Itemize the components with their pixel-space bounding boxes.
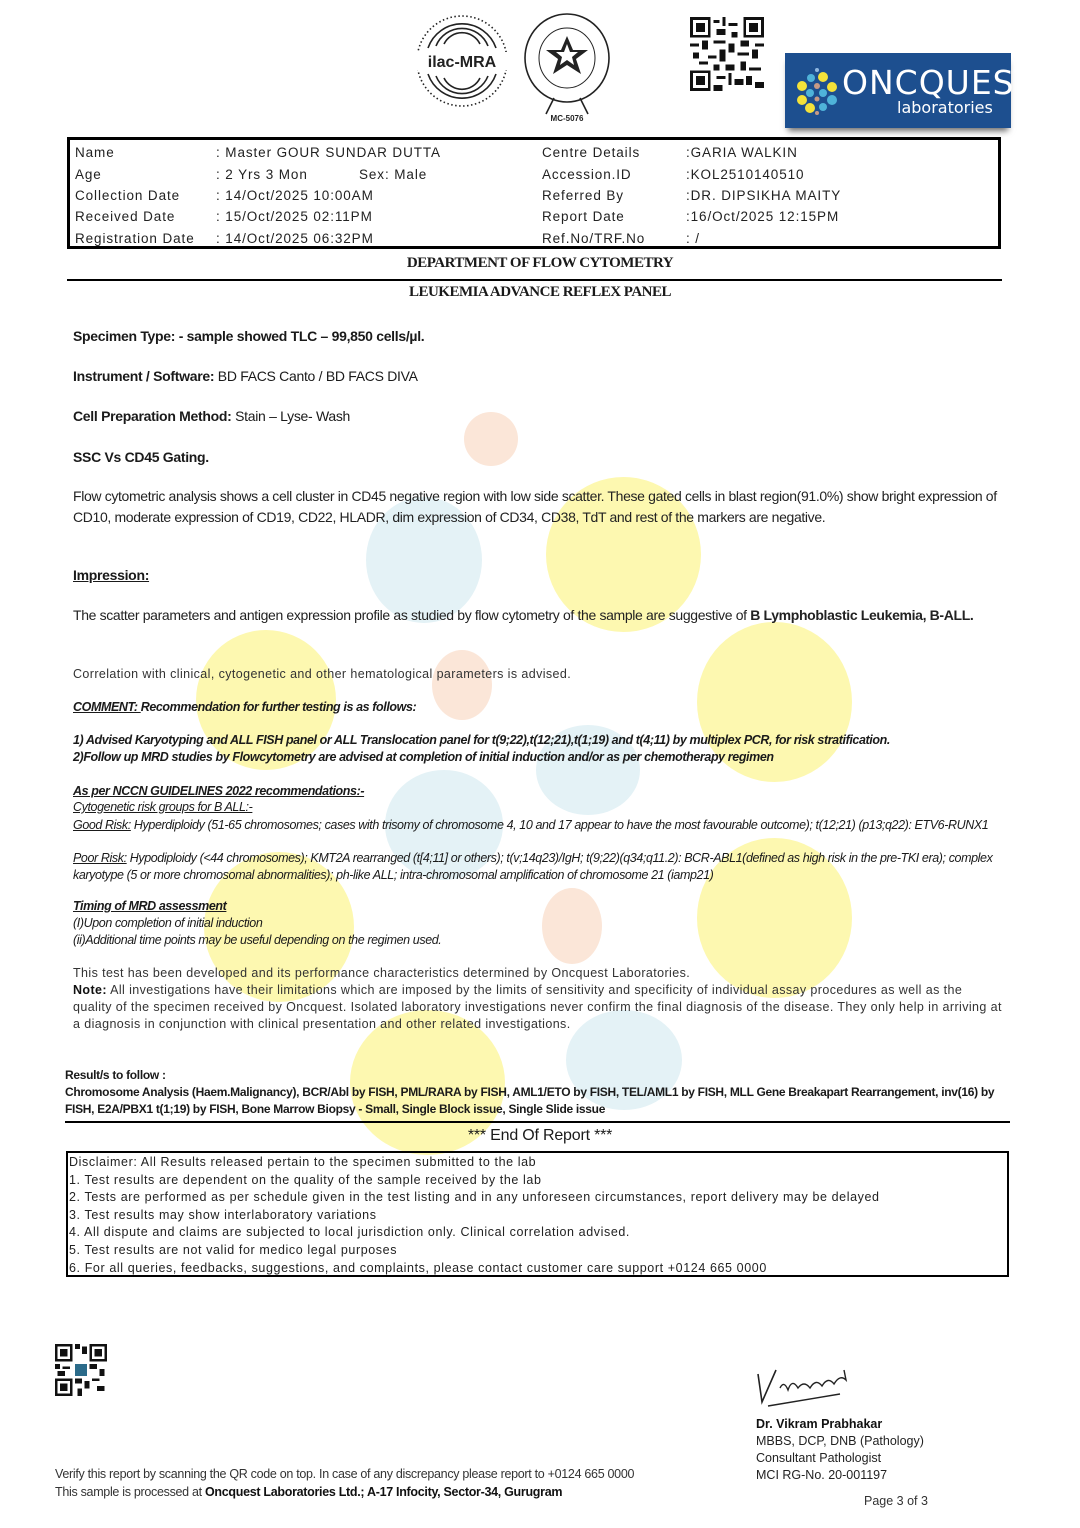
- analysis-text: Flow cytometric analysis shows a cell cl…: [73, 486, 1003, 527]
- disclaimer-line: Disclaimer: All Results released pertain…: [69, 1154, 1007, 1172]
- centre-details-value: :GARIA WALKIN: [686, 145, 798, 160]
- limitations-note: Note: All investigations have their limi…: [73, 982, 1003, 1032]
- prep-label: Cell Preparation Method:: [73, 408, 231, 424]
- disclaimer-line: 1. Test results are dependent on the qua…: [69, 1172, 1007, 1190]
- nccn-heading: As per NCCN GUIDELINES 2022 recommendati…: [73, 784, 364, 798]
- registration-date-label: Registration Date: [75, 231, 195, 246]
- watermark-dot: [542, 888, 602, 964]
- disclaimer-line: 6. For all queries, feedbacks, suggestio…: [69, 1260, 1007, 1278]
- end-of-report: *** End Of Report ***: [0, 1127, 1080, 1145]
- age-label: Age: [75, 167, 102, 182]
- collection-date-label: Collection Date: [75, 188, 180, 203]
- comment: COMMENT: Recommendation for further test…: [73, 700, 416, 714]
- mrd-item-1: (I)Upon completion of initial induction: [73, 916, 262, 930]
- name-value: : Master GOUR SUNDAR DUTTA: [216, 145, 441, 160]
- note-text: All investigations have their limitation…: [73, 983, 1002, 1031]
- poor-risk-text: Hypodiploidy (<44 chromosomes); KMT2A re…: [73, 851, 992, 882]
- brand-name: ONCQUEST: [842, 63, 1036, 102]
- doctor-name: Dr. Vikram Prabhakar: [756, 1417, 882, 1431]
- instrument-value: BD FACS Canto / BD FACS DIVA: [214, 368, 417, 384]
- patient-info-box: Name : Master GOUR SUNDAR DUTTA Age : 2 …: [67, 137, 1001, 249]
- instrument-label: Instrument / Software:: [73, 368, 214, 384]
- panel-title: LEUKEMIA ADVANCE REFLEX PANEL: [0, 284, 1080, 301]
- department-title: DEPARTMENT OF FLOW CYTOMETRY: [0, 255, 1080, 272]
- received-date-value: : 15/Oct/2025 02:11PM: [216, 209, 373, 224]
- poor-risk: Poor Risk: Hypodiploidy (<44 chromosomes…: [73, 850, 1003, 883]
- impression-heading: Impression:: [73, 567, 149, 583]
- verification-qr-code[interactable]: [55, 1344, 107, 1396]
- mrd-heading: Timing of MRD assessment: [73, 899, 226, 913]
- ref-no-value: : /: [686, 231, 700, 246]
- brand-subtitle: laboratories: [897, 98, 993, 117]
- watermark-dot: [464, 412, 518, 466]
- svg-text:ilac-MRA: ilac-MRA: [428, 54, 497, 71]
- processed-lab: Oncquest Laboratories Ltd.; A-17 Infocit…: [205, 1485, 562, 1499]
- instrument-software: Instrument / Software: BD FACS Canto / B…: [73, 368, 418, 384]
- doctor-registration: MCI RG-No. 20-001197: [756, 1467, 924, 1484]
- correlation-note: Correlation with clinical, cytogenetic a…: [73, 667, 571, 681]
- comment-label: COMMENT:: [73, 700, 141, 714]
- note-label: Note:: [73, 983, 107, 997]
- cytogenetic-heading: Cytogenetic risk groups for B ALL:-: [73, 800, 252, 814]
- name-label: Name: [75, 145, 115, 160]
- referred-by-value: :DR. DIPSIKHA MAITY: [686, 188, 841, 203]
- signature: [754, 1366, 854, 1415]
- qr-code[interactable]: [690, 17, 764, 91]
- watermark-dot: [432, 650, 492, 720]
- developed-note: This test has been developed and its per…: [73, 966, 690, 980]
- disclaimer-line: 4. All dispute and claims are subjected …: [69, 1224, 1007, 1242]
- disclaimer-line: 3. Test results may show interlaboratory…: [69, 1207, 1007, 1225]
- collection-date-value: : 14/Oct/2025 10:00AM: [216, 188, 374, 203]
- impression-body: The scatter parameters and antigen expre…: [73, 607, 750, 623]
- ref-no-label: Ref.No/TRF.No: [542, 231, 645, 246]
- divider: [65, 1121, 1010, 1123]
- doctor-qualifications: MBBS, DCP, DNB (Pathology): [756, 1433, 924, 1450]
- disclaimer-line: 2. Tests are performed as per schedule g…: [69, 1189, 1007, 1207]
- signatory-block: Dr. Vikram Prabhakar MBBS, DCP, DNB (Pat…: [756, 1416, 924, 1484]
- verify-note: Verify this report by scanning the QR co…: [55, 1467, 634, 1481]
- impression-text: The scatter parameters and antigen expre…: [73, 605, 1003, 626]
- oncquest-logo: ONCQUEST laboratories: [785, 53, 1011, 128]
- svg-text:MC-5076: MC-5076: [551, 114, 584, 122]
- sex-value: Sex: Male: [359, 167, 427, 182]
- good-risk-label: Good Risk:: [73, 818, 131, 832]
- diagnosis: B Lymphoblastic Leukemia, B-ALL.: [750, 607, 973, 623]
- gating-heading: SSC Vs CD45 Gating.: [73, 449, 209, 465]
- poor-risk-label: Poor Risk:: [73, 851, 127, 865]
- recommendation-1: 1) Advised Karyotyping and ALL FISH pane…: [73, 733, 890, 747]
- prep-value: Stain – Lyse- Wash: [231, 408, 350, 424]
- processing-lab: This sample is processed at Oncquest Lab…: [55, 1485, 562, 1499]
- doctor-title: Consultant Pathologist: [756, 1450, 924, 1467]
- page-number: Page 3 of 3: [864, 1494, 928, 1508]
- brand-dots-icon: [797, 67, 841, 115]
- disclaimer-box: Disclaimer: All Results released pertain…: [66, 1151, 1009, 1277]
- received-date-label: Received Date: [75, 209, 175, 224]
- good-risk-text: Hyperdiploidy (51-65 chromosomes; cases …: [131, 818, 989, 832]
- recommendation-2: 2)Follow up MRD studies by Flowcytometry…: [73, 750, 774, 764]
- accession-id-label: Accession.ID: [542, 167, 632, 182]
- ilac-mra-logo: ilac-MRA: [414, 12, 510, 108]
- nabl-logo: MC-5076: [522, 12, 612, 122]
- age-value: : 2 Yrs 3 Mon: [216, 167, 308, 182]
- results-to-follow-label: Result/s to follow :: [65, 1068, 166, 1082]
- good-risk: Good Risk: Hyperdiploidy (51-65 chromoso…: [73, 817, 1003, 834]
- divider: [67, 279, 1002, 281]
- mrd-item-2: (ii)Additional time points may be useful…: [73, 933, 441, 947]
- report-date-value: :16/Oct/2025 12:15PM: [686, 209, 839, 224]
- disclaimer-line: 5. Test results are not valid for medico…: [69, 1242, 1007, 1260]
- report-date-label: Report Date: [542, 209, 625, 224]
- accession-id-value: :KOL2510140510: [686, 167, 804, 182]
- centre-details-label: Centre Details: [542, 145, 640, 160]
- referred-by-label: Referred By: [542, 188, 624, 203]
- registration-date-value: : 14/Oct/2025 06:32PM: [216, 231, 374, 246]
- specimen-type: Specimen Type: - sample showed TLC – 99,…: [73, 328, 424, 344]
- processed-prefix: This sample is processed at: [55, 1485, 205, 1499]
- cell-preparation: Cell Preparation Method: Stain – Lyse- W…: [73, 408, 350, 424]
- comment-text: Recommendation for further testing is as…: [141, 700, 417, 714]
- results-to-follow: Chromosome Analysis (Haem.Malignancy), B…: [65, 1084, 1010, 1117]
